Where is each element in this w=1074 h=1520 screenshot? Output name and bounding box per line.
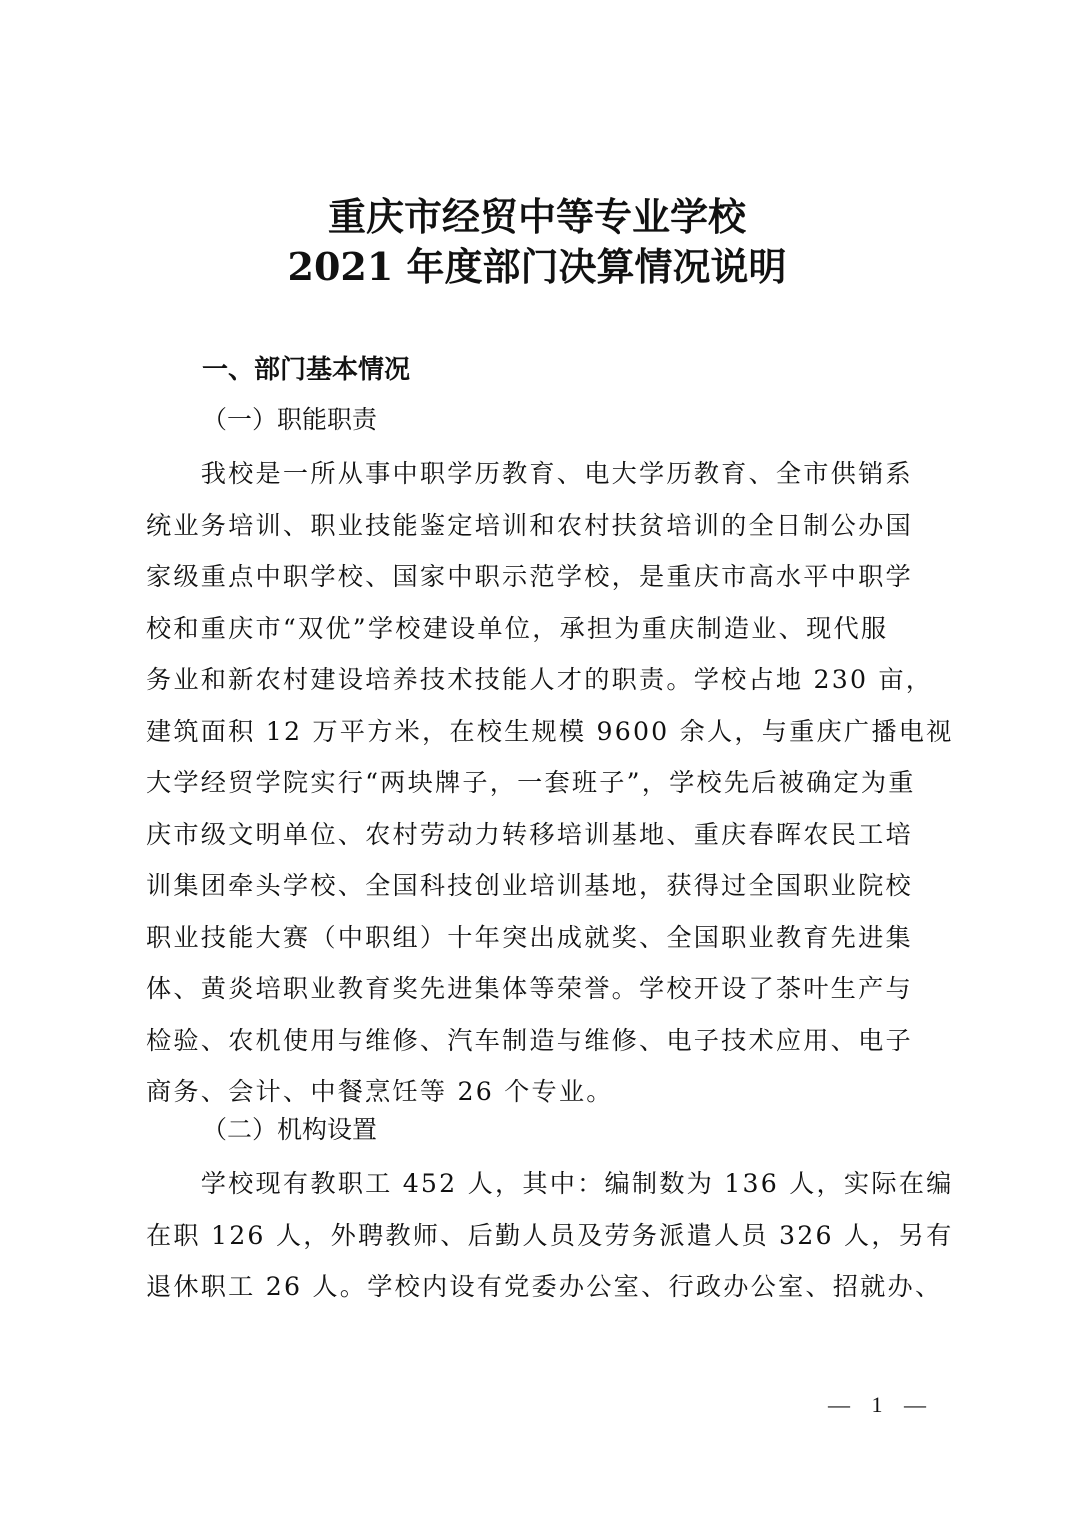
section-heading-basic-info: 一、部门基本情况 [202, 350, 410, 390]
paragraph-line: 体、黄炎培职业教育奖先进集体等荣誉。学校开设了茶叶生产与 [146, 963, 946, 1015]
paragraph-line: 庆市级文明单位、农村劳动力转移培训基地、重庆春晖农民工培 [146, 809, 946, 861]
paragraph-duties: 我校是一所从事中职学历教育、电大学历教育、全市供销系 统业务培训、职业技能鉴定培… [146, 448, 946, 1118]
paragraph-line: 检验、农机使用与维修、汽车制造与维修、电子技术应用、电子 [146, 1015, 946, 1067]
paragraph-line: 职业技能大赛（中职组）十年突出成就奖、全国职业教育先进集 [146, 912, 946, 964]
document-title-line2: 2021 年度部门决算情况说明 [0, 242, 1074, 292]
paragraph-line: 学校现有教职工 452 人，其中：编制数为 136 人，实际在编 [146, 1158, 946, 1210]
paragraph-line: 我校是一所从事中职学历教育、电大学历教育、全市供销系 [146, 448, 946, 500]
paragraph-line: 建筑面积 12 万平方米，在校生规模 9600 余人，与重庆广播电视 [146, 706, 946, 758]
paragraph-line: 家级重点中职学校、国家中职示范学校，是重庆市高水平中职学 [146, 551, 946, 603]
paragraph-line: 务业和新农村建设培养技术技能人才的职责。学校占地 230 亩， [146, 654, 946, 706]
subsection-heading-organization: （二）机构设置 [202, 1110, 377, 1150]
paragraph-line: 在职 126 人，外聘教师、后勤人员及劳务派遣人员 326 人，另有 [146, 1210, 946, 1262]
paragraph-organization: 学校现有教职工 452 人，其中：编制数为 136 人，实际在编 在职 126 … [146, 1158, 946, 1313]
paragraph-line: 退休职工 26 人。学校内设有党委办公室、行政办公室、招就办、 [146, 1261, 946, 1313]
document-title-line1: 重庆市经贸中等专业学校 [0, 192, 1074, 242]
paragraph-line: 训集团牵头学校、全国科技创业培训基地，获得过全国职业院校 [146, 860, 946, 912]
subsection-heading-duties: （一）职能职责 [202, 400, 377, 440]
page-number: — 1 — [828, 1392, 934, 1418]
paragraph-line: 校和重庆市“双优”学校建设单位，承担为重庆制造业、现代服 [146, 603, 946, 655]
paragraph-line: 统业务培训、职业技能鉴定培训和农村扶贫培训的全日制公办国 [146, 500, 946, 552]
paragraph-line: 大学经贸学院实行“两块牌子，一套班子”，学校先后被确定为重 [146, 757, 946, 809]
